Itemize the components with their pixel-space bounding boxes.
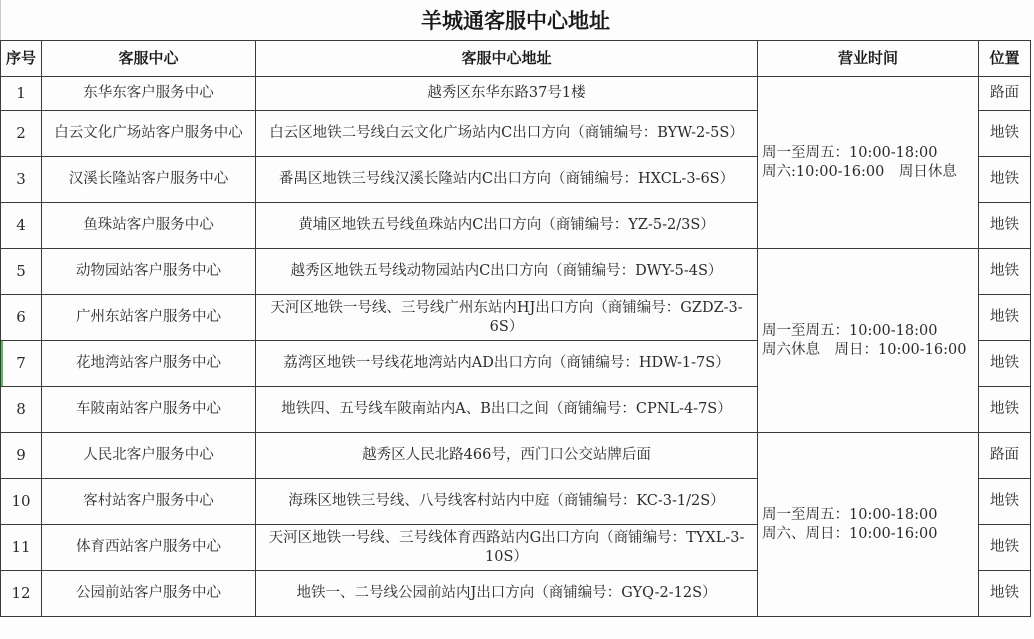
cell-address[interactable]: 黄埔区地铁五号线鱼珠站内C出口方向（商铺编号：YZ-5-2/3S） [256,203,758,249]
cell-index[interactable]: 3 [1,157,42,203]
cell-location[interactable]: 地铁 [979,295,1031,341]
header-address[interactable]: 客服中心地址 [256,41,758,77]
cell-index[interactable]: 1 [1,77,42,111]
header-hours[interactable]: 营业时间 [758,41,979,77]
cell-location[interactable]: 地铁 [979,157,1031,203]
table-title: 羊城通客服中心地址 [0,0,1030,40]
cell-address[interactable]: 越秀区地铁五号线动物园站内C出口方向（商铺编号：DWY-5-4S） [256,249,758,295]
cell-center[interactable]: 东华东客户服务中心 [42,77,256,111]
cell-hours-group-3[interactable]: 周一至周五：10:00-18:00 周六、周日：10:00-16:00 [758,433,979,617]
cell-location[interactable]: 路面 [979,433,1031,479]
cell-index[interactable]: 10 [1,479,42,525]
hours-line: 周六:10:00-16:00 周日休息 [762,163,976,182]
cell-location[interactable]: 地铁 [979,479,1031,525]
cell-index[interactable]: 11 [1,525,42,571]
hours-line: 周六、周日：10:00-16:00 [762,525,976,544]
cell-index[interactable]: 8 [1,387,42,433]
cell-address[interactable]: 荔湾区地铁一号线花地湾站内AD出口方向（商铺编号：HDW-1-7S） [256,341,758,387]
hours-line: 周六休息 周日：10:00-16:00 [762,341,976,360]
cell-index-selected[interactable]: 7 [1,341,42,387]
cell-index[interactable]: 2 [1,111,42,157]
cell-address[interactable]: 地铁四、五号线车陂南站内A、B出口之间（商铺编号：CPNL-4-7S） [256,387,758,433]
header-index[interactable]: 序号 [1,41,42,77]
cell-address[interactable]: 番禺区地铁三号线汉溪长隆站内C出口方向（商铺编号：HXCL-3-6S） [256,157,758,203]
cell-index[interactable]: 12 [1,571,42,617]
cell-center[interactable]: 动物园站客户服务中心 [42,249,256,295]
cell-center[interactable]: 车陂南站客户服务中心 [42,387,256,433]
cell-address[interactable]: 地铁一、二号线公园前站内J出口方向（商铺编号：GYQ-2-12S） [256,571,758,617]
cell-index[interactable]: 9 [1,433,42,479]
header-location[interactable]: 位置 [979,41,1031,77]
cell-location[interactable]: 地铁 [979,341,1031,387]
cell-address[interactable]: 海珠区地铁三号线、八号线客村站内中庭（商铺编号：KC-3-1/2S） [256,479,758,525]
hours-line: 周一至周五：10:00-18:00 [762,144,976,163]
cell-center[interactable]: 体育西站客户服务中心 [42,525,256,571]
cell-hours-group-1[interactable]: 周一至周五：10:00-18:00 周六:10:00-16:00 周日休息 [758,77,979,249]
cell-location[interactable]: 地铁 [979,571,1031,617]
cell-address[interactable]: 天河区地铁一号线、三号线体育西路站内G出口方向（商铺编号：TYXL-3-10S） [256,525,758,571]
cell-location[interactable]: 地铁 [979,387,1031,433]
hours-line: 周一至周五：10:00-18:00 [762,322,976,341]
cell-center[interactable]: 客村站客户服务中心 [42,479,256,525]
cell-location[interactable]: 地铁 [979,203,1031,249]
service-center-table: 序号 客服中心 客服中心地址 营业时间 位置 1 东华东客户服务中心 越秀区东华… [0,40,1031,617]
header-center[interactable]: 客服中心 [42,41,256,77]
cell-index[interactable]: 5 [1,249,42,295]
cell-index[interactable]: 6 [1,295,42,341]
cell-hours-group-2[interactable]: 周一至周五：10:00-18:00 周六休息 周日：10:00-16:00 [758,249,979,433]
table-row: 5 动物园站客户服务中心 越秀区地铁五号线动物园站内C出口方向（商铺编号：DWY… [1,249,1031,295]
cell-address[interactable]: 白云区地铁二号线白云文化广场站内C出口方向（商铺编号：BYW-2-5S） [256,111,758,157]
cell-center[interactable]: 鱼珠站客户服务中心 [42,203,256,249]
cell-location[interactable]: 地铁 [979,111,1031,157]
cell-center[interactable]: 汉溪长隆站客户服务中心 [42,157,256,203]
table-row: 9 人民北客户服务中心 越秀区人民北路466号，西门口公交站牌后面 周一至周五：… [1,433,1031,479]
spreadsheet: 羊城通客服中心地址 序号 客服中心 客服中心地址 营业时间 位置 1 东华东客户… [0,0,1034,639]
cell-address[interactable]: 越秀区人民北路466号，西门口公交站牌后面 [256,433,758,479]
cell-location[interactable]: 地铁 [979,525,1031,571]
cell-address[interactable]: 天河区地铁一号线、三号线广州东站内HJ出口方向（商铺编号：GZDZ-3-6S） [256,295,758,341]
cell-center[interactable]: 白云文化广场站客户服务中心 [42,111,256,157]
cell-center[interactable]: 广州东站客户服务中心 [42,295,256,341]
table-row: 1 东华东客户服务中心 越秀区东华东路37号1楼 周一至周五：10:00-18:… [1,77,1031,111]
cell-index[interactable]: 4 [1,203,42,249]
cell-center[interactable]: 花地湾站客户服务中心 [42,341,256,387]
header-row: 序号 客服中心 客服中心地址 营业时间 位置 [1,41,1031,77]
cell-location[interactable]: 路面 [979,77,1031,111]
cell-center[interactable]: 人民北客户服务中心 [42,433,256,479]
cell-location[interactable]: 地铁 [979,249,1031,295]
cell-address[interactable]: 越秀区东华东路37号1楼 [256,77,758,111]
cell-center[interactable]: 公园前站客户服务中心 [42,571,256,617]
hours-line: 周一至周五：10:00-18:00 [762,506,976,525]
